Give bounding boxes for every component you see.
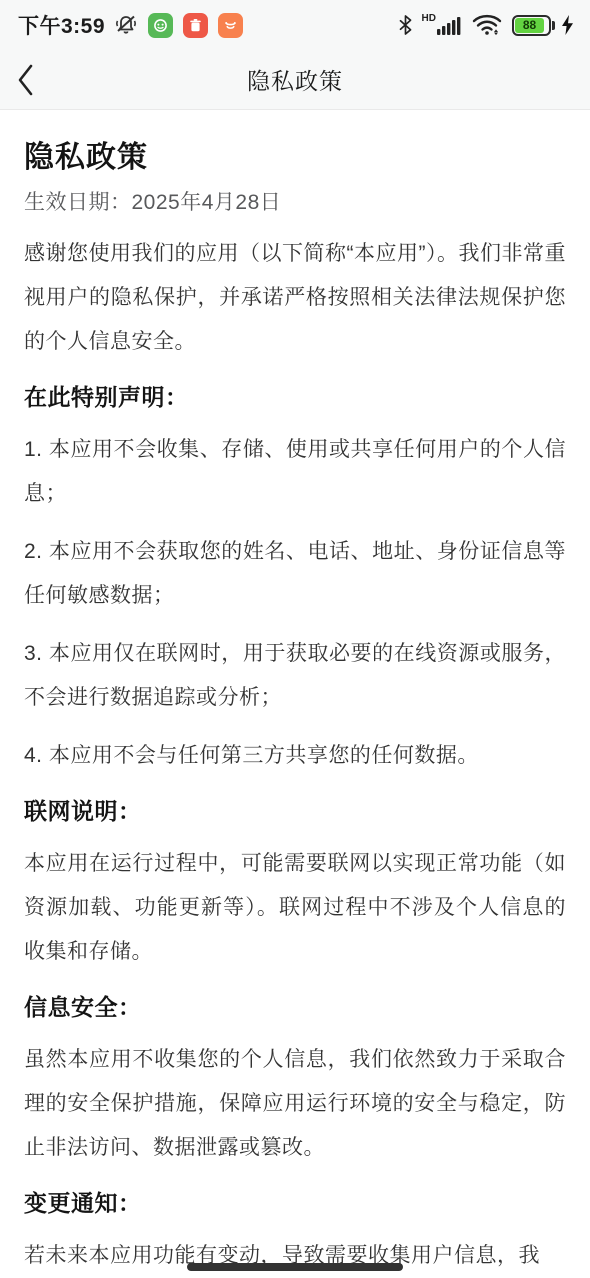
hd-label: HD (422, 14, 436, 24)
section-heading-declaration: 在此特别声明： (24, 380, 566, 414)
security-paragraph: 虽然本应用不收集您的个人信息，我们依然致力于采取合理的安全保护措施，保障应用运行… (24, 1038, 566, 1170)
declaration-item-3: 3. 本应用仅在联网时，用于获取必要的在线资源或服务，不会进行数据追踪或分析； (24, 632, 566, 720)
red-app-notification-icon (183, 13, 208, 38)
battery-nub (552, 21, 555, 30)
declaration-item-1: 1. 本应用不会收集、存储、使用或共享任何用户的个人信息； (24, 428, 566, 516)
section-heading-security: 信息安全： (24, 990, 566, 1024)
intro-paragraph: 感谢您使用我们的应用（以下简称“本应用”）。我们非常重视用户的隐私保护，并承诺严… (24, 232, 566, 364)
chevron-left-icon (16, 63, 36, 97)
nav-header: 隐私政策 (0, 50, 590, 110)
battery-level: 88 (515, 18, 544, 33)
changes-paragraph-truncated: 若未来本应用功能有变动，导致需要收集用户信息，我 (24, 1234, 566, 1278)
status-time: 下午3:59 (18, 10, 105, 40)
section-heading-network: 联网说明： (24, 794, 566, 828)
network-paragraph: 本应用在运行过程中，可能需要联网以实现正常功能（如资源加载、功能更新等）。联网过… (24, 842, 566, 974)
back-button[interactable] (16, 50, 60, 110)
declaration-item-2: 2. 本应用不会获取您的姓名、电话、地址、身份证信息等任何敏感数据； (24, 530, 566, 618)
green-app-notification-icon (148, 13, 173, 38)
status-bar: 下午3:59 (0, 0, 590, 50)
home-indicator[interactable] (187, 1263, 403, 1271)
privacy-policy-document: 隐私政策 生效日期：2025年4月28日 感谢您使用我们的应用（以下简称“本应用… (0, 132, 590, 1278)
wifi-icon (472, 13, 502, 37)
page-title: 隐私政策 (24, 132, 566, 176)
cell-signal-bars-icon: HD (422, 14, 463, 36)
declaration-item-4: 4. 本应用不会与任何第三方共享您的任何数据。 (24, 734, 566, 778)
section-heading-changes: 变更通知： (24, 1186, 566, 1220)
effective-date: 生效日期：2025年4月28日 (24, 186, 566, 216)
bluetooth-icon (399, 15, 412, 35)
vibrate-muted-bell-icon (114, 13, 138, 37)
charging-bolt-icon (561, 15, 574, 35)
battery-icon: 88 (512, 15, 555, 36)
header-title: 隐私政策 (0, 63, 590, 96)
orange-app-notification-icon (218, 13, 243, 38)
